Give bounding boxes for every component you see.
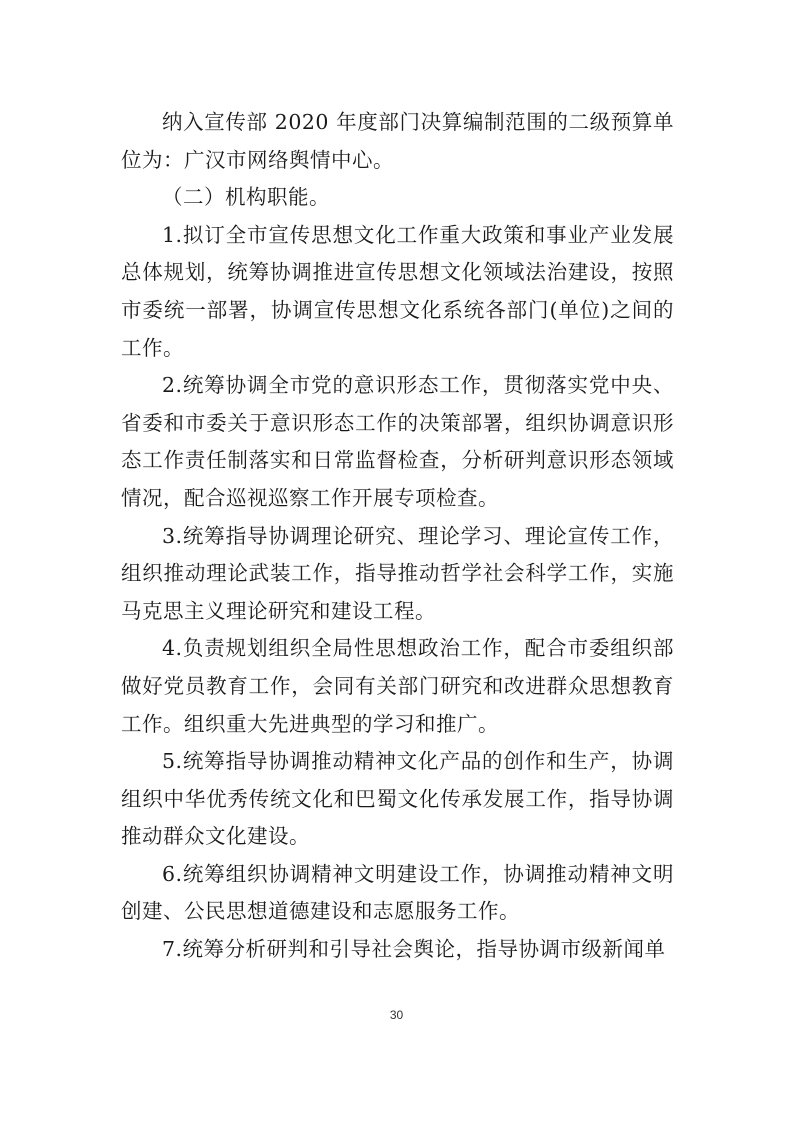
page-number: 30 xyxy=(0,1008,793,1022)
section-heading-functions: （二）机构职能。 xyxy=(121,179,674,217)
document-page: 纳入宣传部 2020 年度部门决算编制范围的二级预算单位为：广汉市网络舆情中心。… xyxy=(0,0,793,1122)
paragraph-function-2: 2.统筹协调全市党的意识形态工作，贯彻落实党中央、省委和市委关于意识形态工作的决… xyxy=(121,367,674,517)
paragraph-function-7: 7.统筹分析研判和引导社会舆论，指导协调市级新闻单 xyxy=(121,931,674,969)
paragraph-function-1: 1.拟订全市宣传思想文化工作重大政策和事业产业发展总体规划，统筹协调推进宣传思想… xyxy=(121,217,674,367)
paragraph-budget-unit: 纳入宣传部 2020 年度部门决算编制范围的二级预算单位为：广汉市网络舆情中心。 xyxy=(121,104,674,179)
paragraph-function-5: 5.统筹指导协调推动精神文化产品的创作和生产，协调组织中华优秀传统文化和巴蜀文化… xyxy=(121,743,674,856)
paragraph-function-4: 4.负责规划组织全局性思想政治工作，配合市委组织部做好党员教育工作，会同有关部门… xyxy=(121,630,674,743)
document-body: 纳入宣传部 2020 年度部门决算编制范围的二级预算单位为：广汉市网络舆情中心。… xyxy=(121,104,674,969)
paragraph-function-6: 6.统筹组织协调精神文明建设工作，协调推动精神文明创建、公民思想道德建设和志愿服… xyxy=(121,856,674,931)
paragraph-function-3: 3.统筹指导协调理论研究、理论学习、理论宣传工作，组织推动理论武装工作，指导推动… xyxy=(121,518,674,631)
